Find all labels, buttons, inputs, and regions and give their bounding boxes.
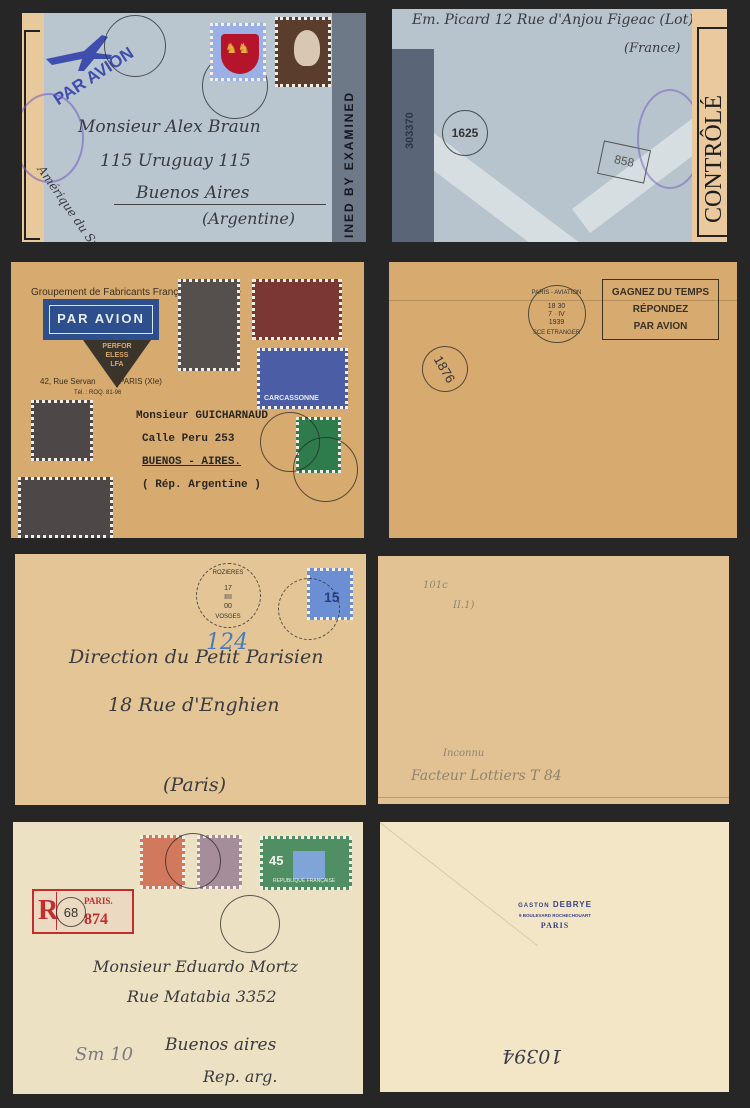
sender-street: 9 BOULEVARD ROCHECHOUART [500, 913, 610, 918]
postmark [165, 833, 221, 889]
pencil-note: II.1) [453, 600, 474, 611]
paris-aviation-postmark: PARIS - AVIATION 18 30 7 · IV 1939 SCE E… [528, 285, 586, 343]
stamp-carcassonne: CARCASSONNE [257, 348, 348, 409]
cover-1-front[interactable]: PAR AVION ♞♞ Monsieur Alex Braun 115 Uru… [22, 13, 366, 242]
address-line-4: ( Rép. Argentine ) [142, 479, 261, 491]
circle-mark: 1876 [414, 338, 477, 401]
address-line-3: (Paris) [163, 774, 226, 796]
side-note: Sm 10 [75, 1044, 133, 1065]
stamp-vincennes [31, 400, 93, 461]
postmark [293, 437, 358, 502]
stamp-merson-45c: 45 REPUBLIQUE FRANÇAISE [260, 836, 352, 890]
stamp-vincennes [18, 477, 113, 538]
cover-4-front[interactable]: 45 REPUBLIQUE FRANÇAISE R PARIS. 874 68 … [13, 822, 363, 1094]
circle-mark: 1625 [442, 110, 488, 156]
stamp-marianne [275, 17, 331, 87]
address-line-3: Buenos aires [165, 1035, 276, 1055]
address-line-1: Direction du Petit Parisien [69, 646, 323, 668]
slogan-cancel: GAGNEZ DU TEMPSRÉPONDEZPAR AVION [602, 279, 719, 340]
logo-text: PERFORELESSLFA [93, 342, 141, 369]
par-avion-label: PAR AVION [43, 299, 159, 340]
censor-tape-examined: INED BY EXAMINED [332, 13, 366, 242]
cover-2-back[interactable]: PARIS - AVIATION 18 30 7 · IV 1939 SCE E… [389, 262, 737, 538]
stamp-vincennes [178, 279, 240, 371]
sender-city: PARIS [500, 921, 610, 930]
sender-country: (France) [624, 41, 680, 56]
censor-tape-number: 303370 [392, 49, 434, 242]
paris-68-postmark [220, 895, 280, 953]
cover-3-front[interactable]: ROZIERES 17 IIII 00 VOSGES 15 124 Direct… [15, 554, 366, 805]
address-line-1: Monsieur Eduardo Mortz [93, 957, 298, 976]
censor-tape-controle: CONTRÔLÉ [692, 9, 727, 242]
pencil-note: Inconnu [443, 748, 484, 759]
sender-name: GASTON DEBRYE [500, 900, 610, 909]
address-line-2: Calle Peru 253 [142, 433, 234, 445]
side-note: Amérique du Sud [35, 163, 107, 242]
address-line-4: Rep. arg. [203, 1067, 277, 1086]
postmark [104, 15, 166, 77]
address-line-3: BUENOS - AIRES. [142, 456, 241, 468]
address-line-1: Monsieur Alex Braun [78, 117, 261, 137]
address-line-2: 18 Rue d'Enghien [108, 694, 280, 716]
postmark [278, 578, 340, 640]
company-address: 42, Rue Servan [40, 377, 96, 386]
address-line-4: (Argentine) [202, 209, 295, 228]
pencil-footer: Facteur Lottiers T 84 [411, 768, 562, 784]
cover-4-back[interactable]: GASTON DEBRYE 9 BOULEVARD ROCHECHOUART P… [380, 822, 729, 1092]
censor-handstamp [22, 93, 84, 183]
address-line-2: Rue Matabia 3352 [127, 987, 277, 1006]
company-city: PARIS (XIe) [119, 377, 162, 386]
cover-1-back[interactable]: 303370 Em. Picard 12 Rue d'Anjou Figeac … [392, 9, 727, 242]
company-phone: Tél. : ROQ. 81-96 [74, 390, 121, 396]
cover-2-front[interactable]: Groupement de Fabricants Français d'Outi… [11, 262, 364, 538]
sender-address: Em. Picard 12 Rue d'Anjou Figeac (Lot) [412, 12, 694, 28]
cover-3-back[interactable]: 101c II.1) Inconnu Facteur Lottiers T 84 [378, 556, 729, 804]
stamp-avignon [252, 279, 342, 340]
rozieres-postmark: ROZIERES 17 IIII 00 VOSGES [196, 563, 261, 628]
stamp-coat-of-arms: ♞♞ [210, 23, 266, 81]
pencil-note: 101c [423, 580, 448, 591]
underline [114, 204, 326, 205]
registration-label: R PARIS. 874 68 [32, 889, 134, 934]
address-line-3: Buenos Aires [136, 183, 249, 203]
pencil-number: 10394 [502, 1045, 562, 1067]
address-line-1: Monsieur GUICHARNAUD [136, 410, 268, 422]
address-line-2: 115 Uruguay 115 [100, 151, 251, 171]
